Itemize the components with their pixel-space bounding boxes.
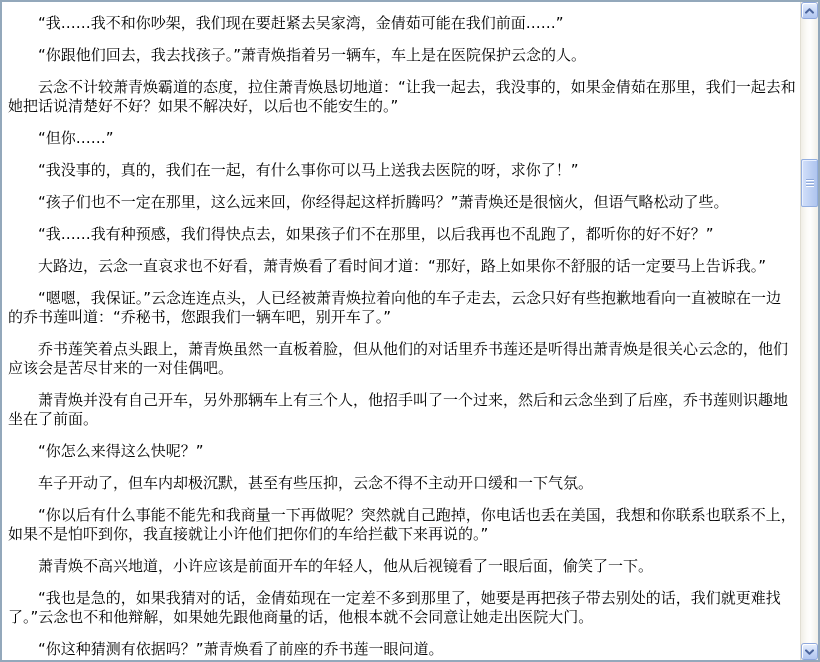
chevron-up-icon — [805, 8, 814, 14]
paragraph: 萧青焕并没有自己开车，另外那辆车上有三个人，他招手叫了一个过来，然后和云念坐到了… — [8, 391, 796, 429]
scroll-down-button[interactable] — [801, 643, 818, 660]
novel-reader-page: “我……我不和你吵架，我们现在要赶紧去吴家湾，金倩茹可能在我们前面……”“你跟他… — [0, 0, 820, 662]
paragraph: “但你……” — [8, 129, 796, 148]
vertical-scrollbar[interactable] — [800, 2, 818, 660]
paragraph: “嗯嗯，我保证。”云念连连点头，人已经被萧青焕拉着向他的车子走去，云念只好有些抱… — [8, 289, 796, 327]
paragraph: 车子开动了，但车内却极沉默，甚至有些压抑，云念不得不主动开口缓和一下气氛。 — [8, 474, 796, 493]
paragraph: “我也是急的，如果我猜对的话，金倩茹现在一定差不多到那里了，她要是再把孩子带去别… — [8, 589, 796, 627]
grip-lines-icon — [806, 179, 814, 187]
chevron-down-icon — [805, 649, 814, 655]
paragraph: “你怎么来得这么快呢？” — [8, 442, 796, 461]
paragraph: 萧青焕不高兴地道，小许应该是前面开车的年轻人，他从后视镜看了一眼后面，偷笑了一下… — [8, 557, 796, 576]
paragraph: “孩子们也不一定在那里，这么远来回，你经得起这样折腾吗？”萧青焕还是很恼火，但语… — [8, 193, 796, 212]
paragraph: “你这种猜测有依据吗？”萧青焕看了前座的乔书莲一眼问道。 — [8, 640, 796, 659]
paragraph: 云念不计较萧青焕霸道的态度，拉住萧青焕恳切地道：“让我一起去，我没事的，如果金倩… — [8, 78, 796, 116]
paragraph: “你跟他们回去，我去找孩子。”萧青焕指着另一辆车，车上是在医院保护云念的人。 — [8, 46, 796, 65]
paragraph: 大路边，云念一直哀求也不好看，萧青焕看了看时间才道：“那好，路上如果你不舒服的话… — [8, 257, 796, 276]
scrollbar-thumb[interactable] — [801, 159, 818, 207]
paragraph: 乔书莲笑着点头跟上，萧青焕虽然一直板着脸，但从他们的对话里乔书莲还是听得出萧青焕… — [8, 340, 796, 378]
scroll-up-button[interactable] — [801, 2, 818, 19]
text-content: “我……我不和你吵架，我们现在要赶紧去吴家湾，金倩茹可能在我们前面……”“你跟他… — [2, 2, 800, 660]
paragraph: “我……我不和你吵架，我们现在要赶紧去吴家湾，金倩茹可能在我们前面……” — [8, 14, 796, 33]
paragraph: “我……我有种预感，我们得快点去，如果孩子们不在那里，以后我再也不乱跑了，都听你… — [8, 225, 796, 244]
paragraph: “我没事的，真的，我们在一起，有什么事你可以马上送我去医院的呀，求你了！” — [8, 161, 796, 180]
paragraph: “你以后有什么事能不能先和我商量一下再做呢？突然就自己跑掉，你电话也丢在美国，我… — [8, 506, 796, 544]
